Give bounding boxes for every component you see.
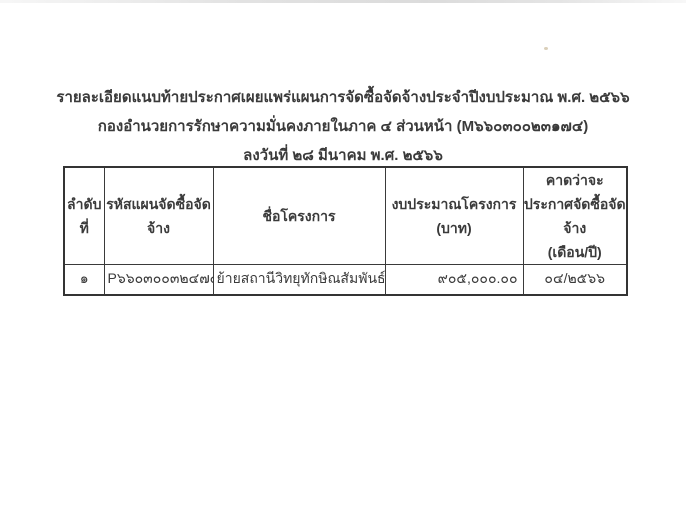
column-header-announce-line1: คาดว่าจะ [524,168,627,192]
cell-project-name: ย้ายสถานีวิทยุทักษิณสัมพันธ์ที่ ๔๐๑ [213,265,385,295]
column-header-announce-line3: (เดือน/ปี) [524,240,627,264]
scan-artifact-top-edge [0,0,686,3]
table-row: ๑ P๖๖๐๓๐๐๓๒๔๗๕ ย้ายสถานีวิทยุทักษิณสัมพั… [64,265,627,295]
cell-sequence-number: ๑ [64,265,104,295]
scanned-document-page: รายละเอียดแนบท้ายประกาศเผยแพร่แผนการจัดซ… [0,0,686,529]
cell-announce-month: ๐๔/๒๕๖๖ [523,265,627,295]
procurement-plan-table: ลำดับที่ รหัสแผนจัดซื้อจัดจ้าง ชื่อโครงก… [63,166,628,296]
cell-project-budget: ๙๐๕,๐๐๐.๐๐ [385,265,523,295]
column-header-plan-code: รหัสแผนจัดซื้อจัดจ้าง [104,167,213,265]
column-header-announce-line2: ประกาศจัดซื้อจัดจ้าง [524,192,627,240]
document-title-line-1: รายละเอียดแนบท้ายประกาศเผยแพร่แผนการจัดซ… [0,83,686,112]
table-header-row: ลำดับที่ รหัสแผนจัดซื้อจัดจ้าง ชื่อโครงก… [64,167,627,265]
column-header-project-name: ชื่อโครงการ [213,167,385,265]
document-header: รายละเอียดแนบท้ายประกาศเผยแพร่แผนการจัดซ… [0,83,686,170]
column-header-budget-line1: งบประมาณโครงการ [386,192,523,216]
column-header-announce-date: คาดว่าจะ ประกาศจัดซื้อจัดจ้าง (เดือน/ปี) [523,167,627,265]
column-header-budget: งบประมาณโครงการ (บาท) [385,167,523,265]
column-header-budget-line2: (บาท) [386,216,523,240]
column-header-sequence: ลำดับที่ [64,167,104,265]
document-title-line-2: กองอำนวยการรักษาความมั่นคงภายในภาค ๔ ส่ว… [0,112,686,141]
cell-plan-code: P๖๖๐๓๐๐๓๒๔๗๕ [104,265,213,295]
scan-dust-speck [544,47,548,50]
